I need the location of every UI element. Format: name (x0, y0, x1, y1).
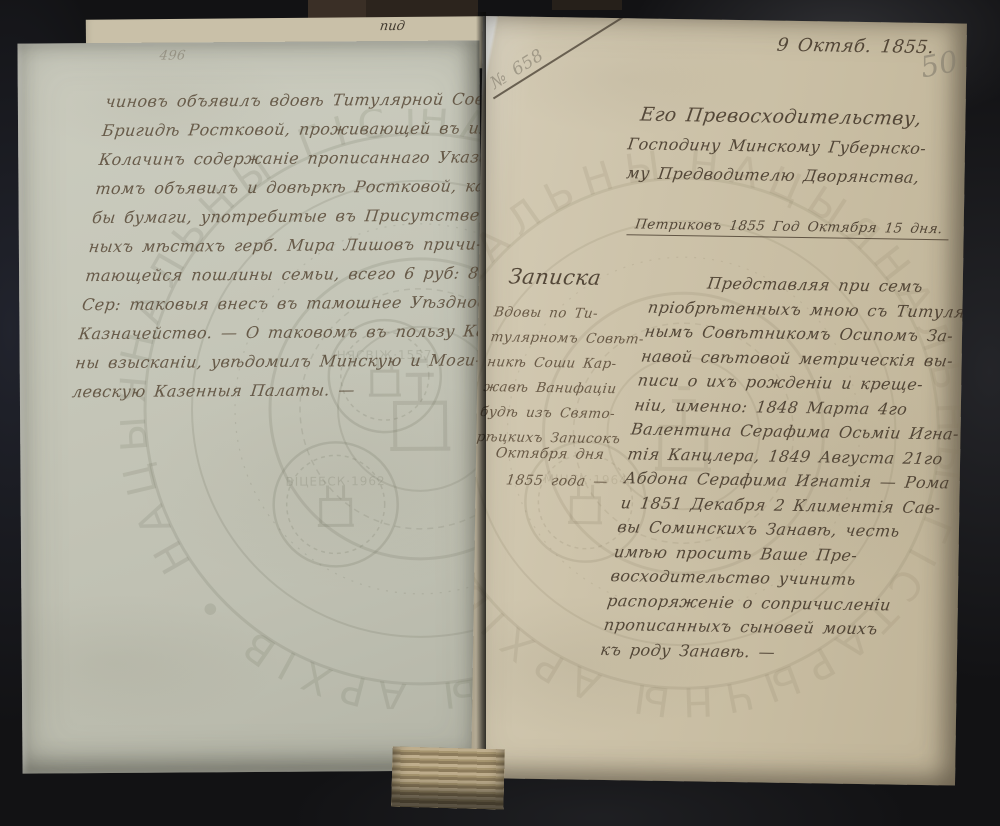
margin-annotation: Вдовы по Ти- тулярномъ Совѣт- никѣ Соши … (475, 300, 638, 452)
handwriting-line: тающейся пошлины семьи, всего 6 руб: 80 … (84, 258, 479, 290)
faint-pencil-number: 496 (159, 48, 187, 63)
body-line: къ роду Занавѣ. — (599, 637, 934, 667)
margin-line: будѣ изъ Свято- (478, 400, 623, 427)
margin-line: никѣ Соши Кар- (485, 350, 630, 377)
handwriting-line: ны взысканіи, увѣдомилъ Минскую и Моги- (74, 345, 469, 377)
section-title: Записка (507, 264, 603, 289)
handwriting-line: чиновъ объявилъ вдовѣ Титулярной Совѣтни… (104, 84, 485, 116)
pencil-page-number: 50 (917, 44, 961, 85)
book-page-stack-edge (391, 747, 505, 810)
book-gutter-shadow (476, 12, 486, 780)
margin-line: тулярномъ Совѣт- (489, 325, 634, 352)
margin-date: Октября дня 1855 года — (490, 440, 627, 496)
sheet-edge-note: пид (379, 19, 406, 34)
handwriting-line: бы бумаги, употребитые въ Присутствен- (91, 200, 485, 232)
heading-line: му Предводителю Дворянства, (615, 158, 931, 192)
manuscript-right-page: НАЦЫЯНАЛЬНЫ ГІСТАРЫЧНЫ АРХІВ • НАЦЫЯНАЛЬ… (471, 16, 967, 786)
watermark-seal-vitsebsk: ВІЦЕБСК·1962 (285, 474, 385, 489)
left-page-handwriting: чиновъ объявилъ вдовѣ Титулярной Совѣтни… (70, 84, 484, 406)
underlying-page-tab (552, 0, 622, 10)
place-date-line: Петриковъ 1855 Год Октября 15 дня. (626, 216, 951, 240)
handwriting-line: Сер: таковыя внесъ въ тамошнее Уѣздное (80, 287, 475, 319)
petition-body: Представляя при семъ пріобрѣтенныхъ мною… (599, 271, 967, 667)
margin-line: Вдовы по Ти- (492, 300, 637, 327)
margin-date-line: Октября дня (494, 440, 628, 469)
handwriting-line: ныхъ мѣстахъ герб. Мира Лишовъ причи- (87, 229, 482, 261)
address-heading: Его Превосходительству, Господину Минско… (615, 100, 939, 192)
handwriting-line: Колачинъ содержаніе прописаннаго Указа, … (97, 142, 484, 174)
handwriting-line: Бригидѣ Ростковой, проживающей въ имѣніи (101, 113, 485, 145)
diagonal-register-note: № 658 (482, 16, 638, 99)
handwriting-line: томъ объявилъ и довѣркѣ Ростковой, каков… (94, 171, 485, 203)
body-line: Представляя при семъ (706, 272, 967, 301)
margin-line: жавѣ Ванифаціи (482, 375, 627, 402)
handwriting-line: Казначейство. — О таковомъ въ пользу Каз… (77, 316, 472, 348)
margin-date-line: 1855 года — (504, 467, 624, 496)
manuscript-left-page: НАЦЫЯНАЛЬНЫ ГІСТАРЫЧНЫ АРХІВ • НАЦЫЯНАЛЬ… (17, 40, 484, 773)
handwriting-line: левскую Казенныя Палаты. — (70, 374, 465, 406)
